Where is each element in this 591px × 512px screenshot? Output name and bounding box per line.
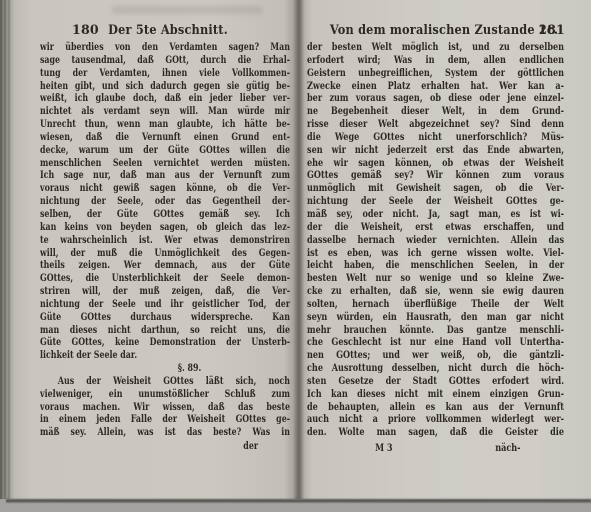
text-line: mäß sey. Allein, was ist das beste? Was … xyxy=(40,426,290,439)
text-line: tung der Verdamten, ihnen viele Vollkomm… xyxy=(40,67,290,80)
catchword-left-row: der xyxy=(40,440,290,453)
text-line: will, der muß die Unmöglichkeit des Gege… xyxy=(40,247,290,260)
running-header-right: Von dem moralischen Zustande 2c. 181 xyxy=(296,22,591,38)
text-column-right: der besten Welt möglich ist, und zu ders… xyxy=(307,41,564,455)
text-line: solten, hernach überflüßige Theile der W… xyxy=(307,298,564,311)
book-fore-edge xyxy=(0,0,15,512)
text-line: mäß sey, oder nicht. Ja, sagt man, es is… xyxy=(307,208,564,221)
paragraph-right: der besten Welt möglich ist, und zu ders… xyxy=(307,41,564,439)
text-line: GOttes, die Unsterblichkeit der Seele de… xyxy=(40,272,290,285)
text-line: sen wir nicht jederzeit erst das Ende ab… xyxy=(307,144,564,157)
text-line: dasselbe hernach wieder vernichten. Alle… xyxy=(307,234,564,247)
text-line: decke, warum um der Güte GOttes willen d… xyxy=(40,144,290,157)
book-gutter-shadow xyxy=(284,0,312,502)
text-line: ber zum voraus sagen, ob diese oder jene… xyxy=(307,92,564,105)
catchword-right: näch- xyxy=(495,442,520,455)
text-line: mehr brauchen könnte. Das gantze menschl… xyxy=(307,324,564,337)
signature-mark: M 3 xyxy=(375,442,392,455)
text-line: theils zeigen. Wer demnach, aus der Güte xyxy=(40,259,290,272)
text-line: ehe wir sagen können, ob etwas der Weish… xyxy=(307,157,564,170)
text-line: der die Weisheit, erst etwas erschaffen,… xyxy=(307,221,564,234)
text-line: besten Welt nur so wenige und so kleine … xyxy=(307,272,564,285)
text-line: Güte GOttes durchaus widerspreche. Kan xyxy=(40,311,290,324)
text-line: te wahrscheinlich ist. Wer etwas demonst… xyxy=(40,234,290,247)
text-line: auch nicht a priore vollkommen widerlegt… xyxy=(307,413,564,426)
catchword-left: der xyxy=(243,440,258,452)
page-number-right: 181 xyxy=(538,22,565,37)
text-line: in einem jeden Falle der Weisheit GOttes… xyxy=(40,413,290,426)
text-line: weißt, ich glaube doch, daß ein jeder li… xyxy=(40,92,290,105)
text-line: Ich sage nur, daß man aus der Vernunft z… xyxy=(40,169,290,182)
text-line: voraus machen. Wir wissen, daß das beste xyxy=(40,401,290,414)
text-line: die Wege GOttes nicht unerforschlich? Mü… xyxy=(307,131,564,144)
paragraph-continuation: wir überdies von den Verdamten sagen? Ma… xyxy=(40,41,290,362)
page-right: Von dem moralischen Zustande 2c. 181 der… xyxy=(296,0,591,502)
page-number-left: 180 xyxy=(72,22,99,37)
text-line: kan keins von beyden sagen, ob gleich da… xyxy=(40,221,290,234)
book-bottom-edge-line xyxy=(6,498,591,503)
text-line: man dieses nicht darthun, so reicht uns,… xyxy=(40,324,290,337)
text-line: de behaupten, allein es kan aus der Vern… xyxy=(307,401,564,414)
book-scan: 180 Der 5te Abschnitt. wir überdies von … xyxy=(0,0,591,512)
text-line: vielweniger, ein unumstößlicher Schluß z… xyxy=(40,388,290,401)
text-line: nichtet als verdamt seyn will. Man würde… xyxy=(40,105,290,118)
text-line: sage tausendmal, daß GOtt, durch die Erh… xyxy=(40,54,290,67)
text-line: lichkeit der Seele dar. xyxy=(40,349,290,362)
text-line: nen GOttes; und wer weiß, ob, die gäntzl… xyxy=(307,349,564,362)
text-line: ne Begebenheit dieser Welt, in dem Grund… xyxy=(307,105,564,118)
text-line: nichtung der Seele, oder das Gegentheil … xyxy=(40,195,290,208)
text-line: menschlichen Seelen vernichtet werden mü… xyxy=(40,157,290,170)
text-line: striren will, der muß zeigen, daß, die V… xyxy=(40,285,290,298)
text-line: nichtung der Seele der Weisheit GOttes g… xyxy=(307,195,564,208)
text-line: wir überdies von den Verdamten sagen? Ma… xyxy=(40,41,290,54)
running-title-left: Der 5te Abschnitt. xyxy=(108,22,228,37)
text-line: Unrecht thun, wenn man glaubte, ich hätt… xyxy=(40,118,290,131)
text-line: den. Wolte man sagen, daß die Geister di… xyxy=(307,426,564,439)
text-line: Zwecke einen Platz erhalten hat. Wer kan… xyxy=(307,80,564,93)
running-header-left: 180 Der 5te Abschnitt. xyxy=(12,22,296,38)
text-line: voraus nicht gewiß sagen könne, ob die V… xyxy=(40,182,290,195)
text-line: unmöglich mit Gewisheit sagen, ob die Ve… xyxy=(307,182,564,195)
text-line: wiesen, daß die Vernunft einen Grund ent… xyxy=(40,131,290,144)
text-line: selben, der Güte GOttes gemäß sey. Ich xyxy=(40,208,290,221)
text-line: che Geschlecht ist nur eine Hand voll Un… xyxy=(307,336,564,349)
text-line: risse dieser Welt abgezeichnet sey? Sind… xyxy=(307,118,564,131)
text-line: der besten Welt möglich ist, und zu ders… xyxy=(307,41,564,54)
show-through-smudge xyxy=(112,6,262,14)
text-line: ist es eben, was ich gerne wissen wolte.… xyxy=(307,247,564,260)
text-line: Ich kan dieses nicht mit einem einzigen … xyxy=(307,388,564,401)
text-line: sten Gesetze der Stadt GOttes erfodert w… xyxy=(307,375,564,388)
text-line: nichtung der Seele und ihr geistlicher T… xyxy=(40,298,290,311)
text-line: seyn würden, ein Hausrath, den man gar n… xyxy=(307,311,564,324)
text-line: leicht haben, die menschlichen Seelen, i… xyxy=(307,259,564,272)
text-column-left: wir überdies von den Verdamten sagen? Ma… xyxy=(40,41,290,453)
paragraph-89: Aus der Weisheit GOttes läßt sich, nochv… xyxy=(40,375,290,439)
running-title-right: Von dem moralischen Zustande 2c. xyxy=(329,22,557,37)
page-left: 180 Der 5te Abschnitt. wir überdies von … xyxy=(12,0,296,499)
text-line: Güte GOttes, keine Demonstration der Uns… xyxy=(40,336,290,349)
text-line: erfodert wird; Was in dem, allen endlich… xyxy=(307,54,564,67)
section-heading: §. 89. xyxy=(40,362,290,375)
text-line: che Ausrottung desselben, nicht durch di… xyxy=(307,362,564,375)
text-line: Aus der Weisheit GOttes läßt sich, noch xyxy=(40,375,290,388)
signature-row: M 3 näch- xyxy=(307,442,564,455)
text-line: GOttes gemäß sey? Wir können zum voraus xyxy=(307,169,564,182)
text-line: cke zu erhalten, daß sie, wenn sie ewig … xyxy=(307,285,564,298)
text-line: Geistern unbegreiflichen, System der göt… xyxy=(307,67,564,80)
text-line: heiten gibt, und sich dadurch gegen sie … xyxy=(40,80,290,93)
